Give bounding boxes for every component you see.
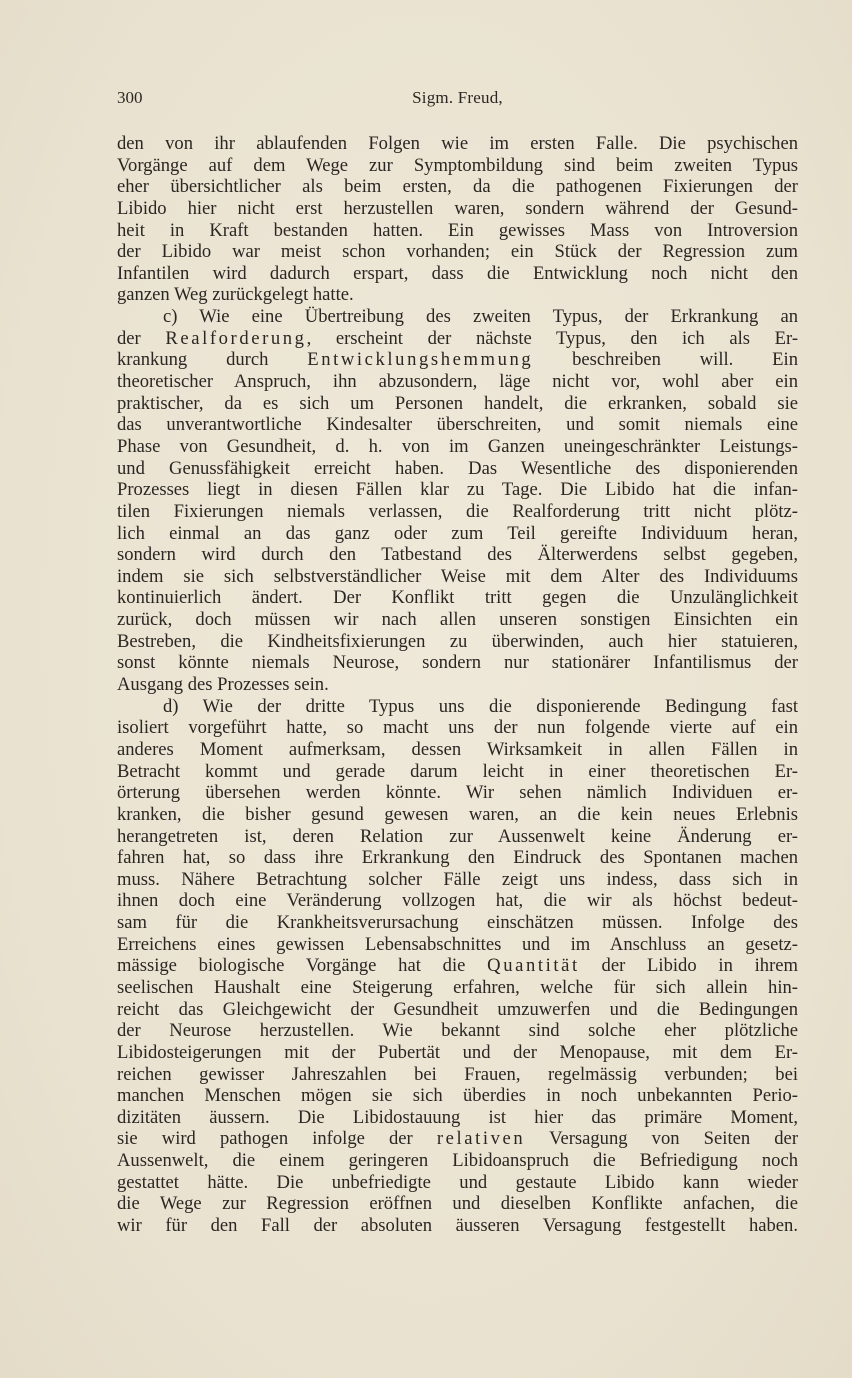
text-line: Vorgänge auf dem Wege zur Symptombildung… <box>117 155 798 177</box>
text-line: sie wird pathogen infolge der relativen … <box>117 1128 798 1150</box>
text-line: die Wege zur Regression eröffnen und die… <box>117 1193 798 1215</box>
emphasized-term: Entwicklungshemmung <box>307 349 533 370</box>
text-line: sondern wird durch den Tatbestand des Äl… <box>117 544 798 566</box>
text-line: reicht das Gleichgewicht der Gesundheit … <box>117 999 798 1021</box>
text-line: kranken, die bisher gesund gewesen waren… <box>117 804 798 826</box>
text-line: reichen gewisser Jahreszahlen bei Frauen… <box>117 1064 798 1086</box>
text-line: heit in Kraft bestanden hatten. Ein gewi… <box>117 220 798 242</box>
text-line: dizitäten äussern. Die Libidostauung ist… <box>117 1107 798 1129</box>
text-line: manchen Menschen mögen sie sich überdies… <box>117 1085 798 1107</box>
text-segment: krankung durch <box>117 349 307 370</box>
text-line: eher übersichtlicher als beim ersten, da… <box>117 176 798 198</box>
text-line: tilen Fixierungen niemals verlassen, die… <box>117 501 798 523</box>
text-line: wir für den Fall der absoluten äusseren … <box>117 1215 798 1237</box>
text-line: der Realforderung, erscheint der nächste… <box>117 328 798 350</box>
text-line: der Libido war meist schon vorhanden; ei… <box>117 241 798 263</box>
text-line: theoretischer Anspruch, ihn abzusondern,… <box>117 371 798 393</box>
text-line: Libidosteigerungen mit der Pubertät und … <box>117 1042 798 1064</box>
body-text: den von ihr ablaufenden Folgen wie im er… <box>117 133 798 1237</box>
text-line: muss. Nähere Betrachtung solcher Fälle z… <box>117 869 798 891</box>
text-segment: , erscheint der nächste Typus, den ich a… <box>307 328 798 349</box>
text-line: Bestreben, die Kindheitsfixierungen zu ü… <box>117 631 798 653</box>
text-line: d) Wie der dritte Typus uns die disponie… <box>117 696 798 718</box>
text-line: anderes Moment aufmerksam, dessen Wirksa… <box>117 739 798 761</box>
text-line: das unverantwortliche Kindesalter übersc… <box>117 414 798 436</box>
emphasized-term: Quantität <box>487 955 580 976</box>
text-segment: der Libido in ihrem <box>580 955 798 976</box>
emphasized-term: Realforderung <box>165 328 306 349</box>
text-line: seelischen Haushalt eine Steigerung erfa… <box>117 977 798 999</box>
text-line: den von ihr ablaufenden Folgen wie im er… <box>117 133 798 155</box>
text-line: Infantilen wird dadurch erspart, dass di… <box>117 263 798 285</box>
text-line: Libido hier nicht erst herzustellen ware… <box>117 198 798 220</box>
text-line: herangetreten ist, deren Relation zur Au… <box>117 826 798 848</box>
text-line: Ausgang des Prozesses sein. <box>117 674 798 696</box>
text-line: ihnen doch eine Veränderung vollzogen ha… <box>117 890 798 912</box>
text-line: fahren hat, so dass ihre Erkrankung den … <box>117 847 798 869</box>
text-line: sonst könnte niemals Neurose, sondern nu… <box>117 652 798 674</box>
book-page: 300 Sigm. Freud, den von ihr ablaufenden… <box>117 88 798 1237</box>
text-line: örterung übersehen werden könnte. Wir se… <box>117 782 798 804</box>
text-line: mässige biologische Vorgänge hat die Qua… <box>117 955 798 977</box>
text-line: sam für die Krankheitsverursachung einsc… <box>117 912 798 934</box>
text-segment: beschreiben will. Ein <box>533 349 798 370</box>
text-line: c) Wie eine Übertreibung des zweiten Typ… <box>117 306 798 328</box>
text-line: ganzen Weg zurückgelegt hatte. <box>117 284 798 306</box>
text-line: kontinuierlich ändert. Der Konflikt trit… <box>117 587 798 609</box>
text-line: lich einmal an das ganz oder zum Teil ge… <box>117 523 798 545</box>
text-line: Phase von Gesundheit, d. h. von im Ganze… <box>117 436 798 458</box>
text-line: krankung durch Entwicklungshemmung besch… <box>117 349 798 371</box>
text-line: Aussenwelt, die einem geringeren Libidoa… <box>117 1150 798 1172</box>
text-line: und Genussfähigkeit erreicht haben. Das … <box>117 458 798 480</box>
running-title: Sigm. Freud, <box>117 88 798 108</box>
text-line: gestattet hätte. Die unbefriedigte und g… <box>117 1172 798 1194</box>
text-line: Betracht kommt und gerade darum leicht i… <box>117 761 798 783</box>
text-segment: Versagung von Seiten der <box>525 1128 798 1149</box>
text-line: zurück, doch müssen wir nach allen unser… <box>117 609 798 631</box>
text-segment: sie wird pathogen infolge der <box>117 1128 437 1149</box>
text-line: indem sie sich selbstverständlicher Weis… <box>117 566 798 588</box>
text-line: Erreichens eines gewissen Lebensabschnit… <box>117 934 798 956</box>
text-line: praktischer, da es sich um Personen hand… <box>117 393 798 415</box>
text-line: der Neurose herzustellen. Wie bekannt si… <box>117 1020 798 1042</box>
text-line: Prozesses liegt in diesen Fällen klar zu… <box>117 479 798 501</box>
running-header: 300 Sigm. Freud, <box>117 88 798 112</box>
text-segment: mässige biologische Vorgänge hat die <box>117 955 487 976</box>
emphasized-term: relativen <box>437 1128 525 1149</box>
text-line: isoliert vorgeführt hatte, so macht uns … <box>117 717 798 739</box>
text-segment: der <box>117 328 165 349</box>
